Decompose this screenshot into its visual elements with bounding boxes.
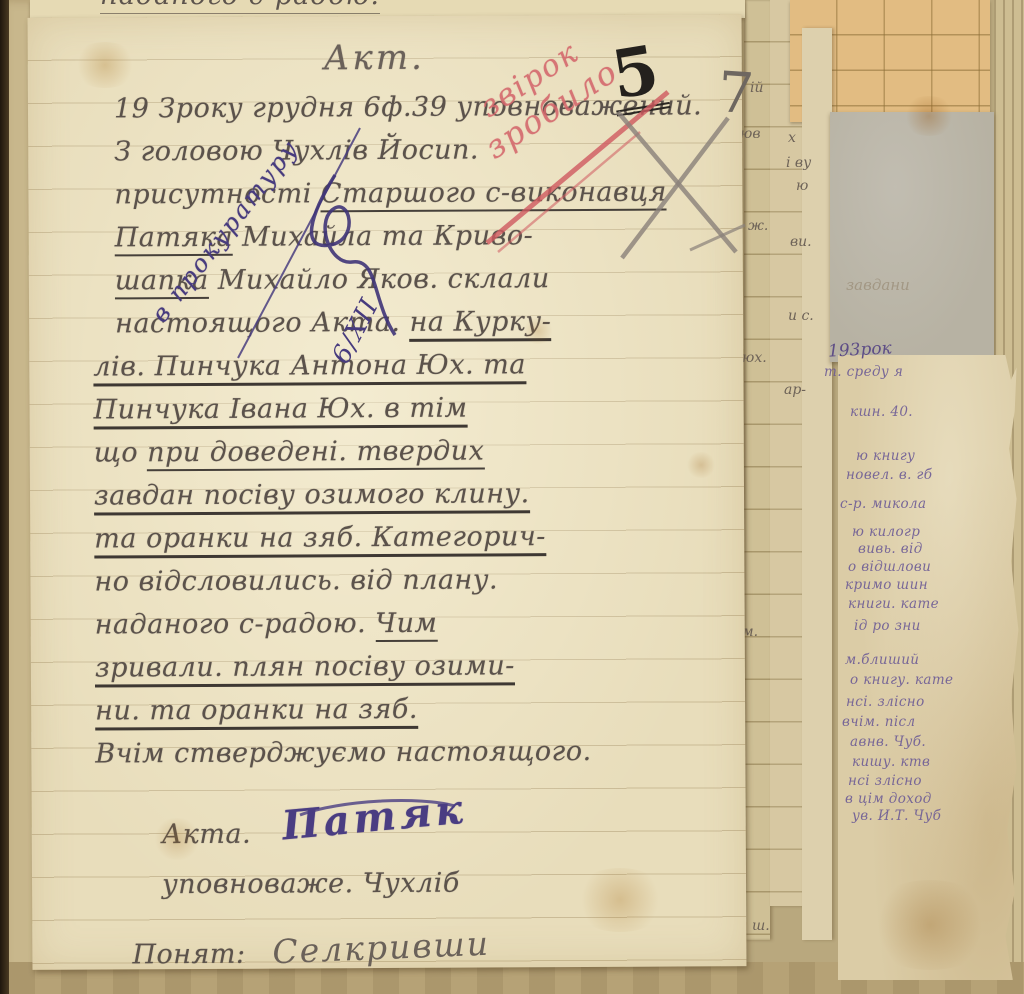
underlined-segment: зривали. плян посіву озими- bbox=[95, 650, 515, 687]
handwriting-line: що при доведені. твердих bbox=[30, 428, 744, 475]
fragment-text: нсі. злісно bbox=[846, 694, 925, 710]
fragment-text: ід ро зни bbox=[854, 618, 921, 634]
fragment-text: ви. bbox=[790, 234, 812, 250]
fragment-text: юх. bbox=[742, 350, 767, 366]
fragment-text: вчім. післ bbox=[842, 714, 916, 730]
fragment-text: ув. И.Т. Чуб bbox=[852, 808, 941, 824]
underlined-segment: завдан посіву озимого клину. bbox=[94, 478, 530, 515]
fragment-text: и с. bbox=[788, 308, 814, 324]
handwriting-segment: присутності bbox=[114, 178, 321, 210]
handwriting-line: завдан посіву озимого клину. bbox=[30, 471, 744, 518]
fragment-text: ж. bbox=[748, 218, 768, 234]
commissioner-line: уповноваже. Чухліб bbox=[162, 862, 460, 907]
fragment-text: новел. в. гб bbox=[846, 467, 932, 483]
handwriting-segment: що bbox=[94, 437, 148, 468]
underlined-segment: Пинчука Івана Юх. в тім bbox=[93, 393, 467, 430]
fragment-text: т. среду я bbox=[824, 364, 903, 380]
handwriting-line: лів. Пинчука Антона Юх. та bbox=[29, 342, 743, 389]
main-document-page: Акт. 19 Зроку грудня 6ф.39 уповноважений… bbox=[28, 14, 747, 970]
fragment-text: ю килогр bbox=[852, 524, 920, 540]
underlined-segment: при доведені. твердих bbox=[147, 435, 484, 471]
handwriting-line: шапка Михайло Яков. склали bbox=[29, 256, 743, 303]
handwriting-line: наданого с-радою. Чим bbox=[31, 600, 745, 647]
fragment-text: м.блиший bbox=[845, 652, 919, 668]
underlined-segment: Старшого с-виконавця bbox=[321, 177, 667, 213]
cutoff-handwriting-line: наданого с-радою. bbox=[100, 0, 380, 14]
handwriting-line: З головою Чухлів Йосип. bbox=[28, 127, 742, 174]
underlined-segment: ни. та оранки на зяб. bbox=[95, 694, 418, 731]
patiak-ink-signature: Патяк bbox=[280, 786, 469, 850]
fragment-text: с-р. микола bbox=[840, 496, 926, 512]
fragment-text: ю книгу bbox=[856, 448, 915, 464]
witness-label: Понят: bbox=[132, 933, 245, 977]
fragment-text: кшн. 40. bbox=[850, 404, 913, 420]
fragment-text: ю bbox=[796, 178, 808, 194]
handwriting-line: зривали. плян посіву озими- bbox=[31, 643, 745, 690]
witness-signature: Селкривши bbox=[272, 924, 491, 972]
handwriting-segment: Вчім стверджуємо настоящого. bbox=[95, 736, 591, 770]
underlined-segment: лів. Пинчука Антона Юх. та bbox=[93, 349, 526, 386]
page-number-pencil: 7 bbox=[716, 65, 755, 123]
fragment-text: ар- bbox=[784, 382, 806, 398]
handwriting-segment: Михайла та Криво- bbox=[233, 220, 533, 253]
fragment-text: в цім доход bbox=[845, 791, 932, 807]
fragment-text: о відшлови bbox=[848, 559, 931, 575]
handwriting-line: настоящого Акта. на Курку- bbox=[29, 299, 743, 346]
fragment-text: нсі злісно bbox=[848, 773, 922, 789]
handwriting-line: Патяка Михайла та Криво- bbox=[29, 213, 743, 260]
handwriting-segment: но відсловились. від плану. bbox=[94, 564, 498, 597]
fragment-text: вивь. від bbox=[858, 541, 923, 557]
handwriting-line: та оранки на зяб. Категорич- bbox=[30, 514, 744, 561]
book-spine-shadow bbox=[0, 0, 9, 994]
fragment-text: 193рок bbox=[828, 338, 893, 361]
paper-strip bbox=[770, 0, 802, 906]
handwriting-line: Пинчука Івана Юх. в тім bbox=[29, 385, 743, 432]
handwriting-segment: наданого с-радою. bbox=[95, 608, 376, 640]
underlined-segment: на Курку- bbox=[409, 306, 551, 342]
fragment-text: ш. bbox=[752, 918, 770, 934]
handwriting-line: но відсловились. від плану. bbox=[30, 557, 744, 604]
fragment-text: юв bbox=[740, 126, 760, 142]
closing-akta-line: Акта. bbox=[162, 813, 252, 856]
fragment-text: і ву bbox=[786, 155, 811, 171]
fragment-text: книги. кате bbox=[848, 596, 939, 612]
fragment-text: кримо шин bbox=[845, 577, 928, 593]
handwriting-segment: Михайло Яков. склали bbox=[209, 263, 550, 296]
fragment-text: о книгу. кате bbox=[850, 672, 953, 688]
archival-document-scan: ій юв х і ву ю ж. ви. и с. юх. ар- м. ш.… bbox=[0, 0, 1024, 994]
page-number-ink: 5 bbox=[605, 35, 670, 117]
fragment-text: авнв. Чуб. bbox=[850, 734, 926, 750]
handwriting-line: ни. та оранки на зяб. bbox=[31, 686, 745, 733]
gray-paper-fragment bbox=[830, 112, 994, 362]
handwriting-line: присутності Старшого с-виконавця bbox=[28, 170, 742, 217]
underlined-segment: Чим bbox=[375, 608, 437, 642]
underlined-segment: та оранки на зяб. Категорич- bbox=[94, 521, 546, 558]
fragment-text: кишу. ктв bbox=[852, 754, 930, 770]
handwriting-line: Вчім стверджуємо настоящого. bbox=[31, 729, 745, 776]
handwriting-body: 19 Зроку грудня 6ф.39 уповноважений. З г… bbox=[28, 84, 746, 776]
fragment-text: х bbox=[788, 130, 796, 146]
document-title: Акт. bbox=[324, 38, 425, 79]
fragment-text: завдани bbox=[846, 276, 910, 294]
